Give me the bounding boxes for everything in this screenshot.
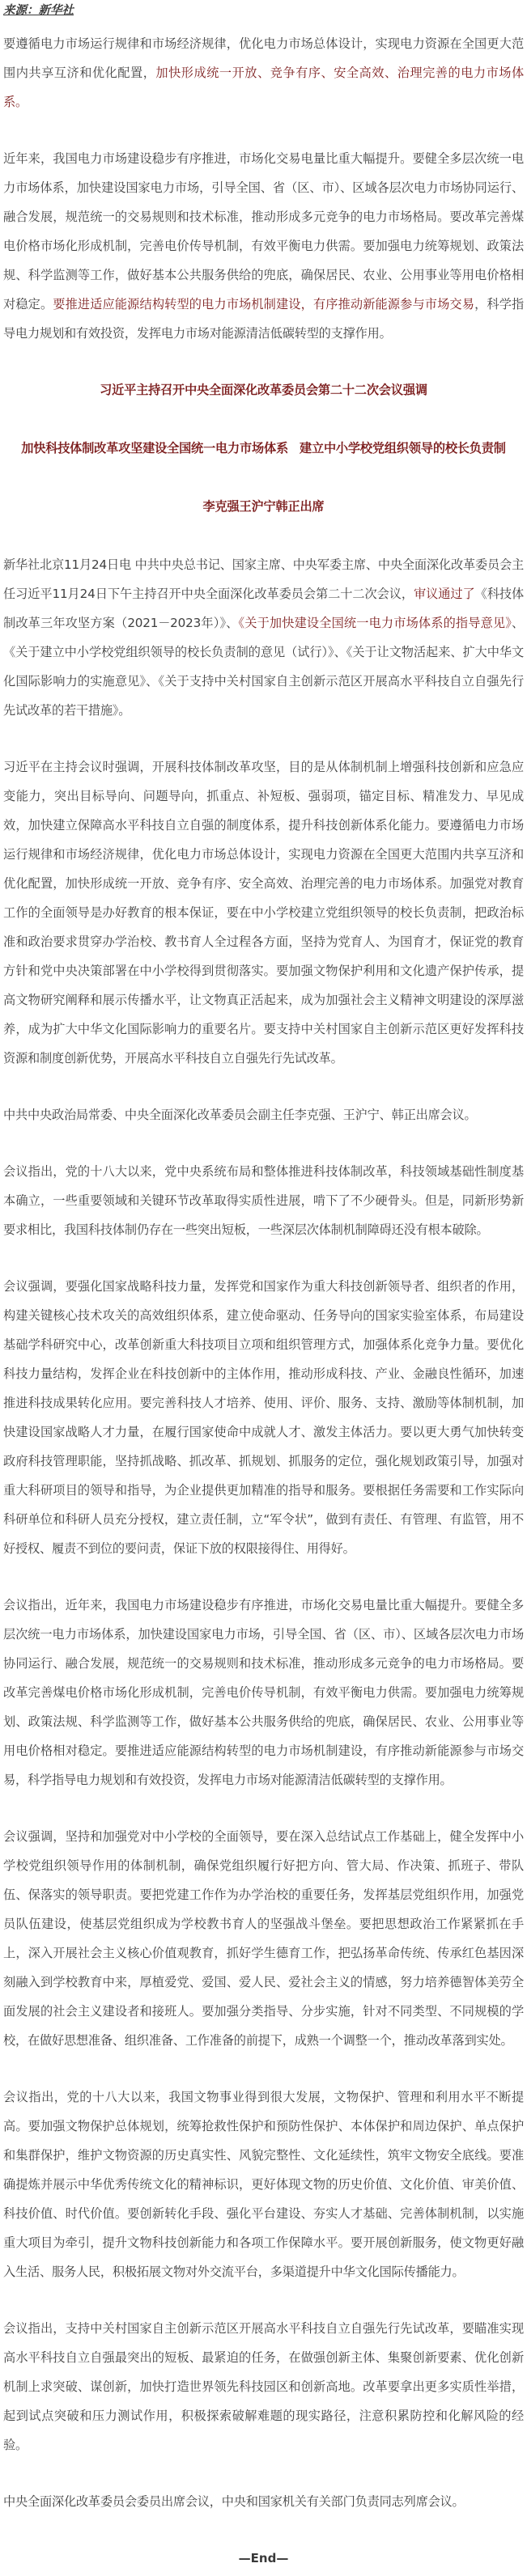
intro-paragraph: 要遵循电力市场运行规律和市场经济规律，优化电力市场总体设计，实现电力资源在全国更… (3, 29, 524, 117)
body-paragraph: 新华社北京11月24日电 中共中央总书记、国家主席、中央军委主席、中央全面深化改… (3, 550, 524, 725)
body-section: 新华社北京11月24日电 中共中央总书记、国家主席、中央军委主席、中央全面深化改… (3, 550, 524, 2516)
paragraph-text: 会议强调，坚持和加强党对中小学校的全面领导，要在深入总结试点工作基础上，健全发挥… (3, 1829, 524, 2048)
paragraph-text: 中共中央政治局常委、中央全面深化改革委员会副主任李克强、王沪宁、韩正出席会议。 (3, 1108, 477, 1122)
paragraph-text: 会议指出，党的十八大以来，党中央系统布局和整体推进科技体制改革，科技领域基础性制… (3, 1164, 524, 1237)
paragraph-text: 会议指出，近年来，我国电力市场建设稳步有序推进，市场化交易电量比重大幅提升。要健… (3, 1598, 524, 1787)
article: 来源：新华社 要遵循电力市场运行规律和市场经济规律，优化电力市场总体设计，实现电… (0, 0, 527, 2576)
intro-paragraph: 近年来，我国电力市场建设稳步有序推进，市场化交易电量比重大幅提升。要健全多层次统… (3, 144, 524, 348)
paragraph-text: 会议指出，支持中关村国家自主创新示范区开展高水平科技自立自强先行先试改革，要瞄准… (3, 2321, 524, 2452)
body-paragraph: 会议指出，党的十八大以来，我国文物事业得到很大发展，文物保护、管理和利用水平不断… (3, 2082, 524, 2286)
end-mark: —End— (3, 2544, 524, 2576)
body-paragraph: 会议强调，要强化国家战略科技力量，发挥党和国家作为重大科技创新领导者、组织者的作… (3, 1272, 524, 1563)
intro-section: 要遵循电力市场运行规律和市场经济规律，优化电力市场总体设计，实现电力资源在全国更… (3, 29, 524, 348)
body-paragraph: 会议强调，坚持和加强党对中小学校的全面领导，要在深入总结试点工作基础上，健全发挥… (3, 1822, 524, 2055)
body-paragraph: 会议指出，近年来，我国电力市场建设稳步有序推进，市场化交易电量比重大幅提升。要健… (3, 1591, 524, 1794)
headline-sub-right: 建立中小学校党组织领导的校长负责制 (300, 441, 506, 455)
body-paragraph: 中共中央政治局常委、中央全面深化改革委员会副主任李克强、王沪宁、韩正出席会议。 (3, 1100, 524, 1129)
paragraph-text: 近年来，我国电力市场建设稳步有序推进，市场化交易电量比重大幅提升。要健全多层次统… (3, 151, 524, 311)
paragraph-text: 会议指出，党的十八大以来，我国文物事业得到很大发展，文物保护、管理和利用水平不断… (3, 2090, 524, 2279)
body-paragraph: 会议指出，支持中关村国家自主创新示范区开展高水平科技自立自强先行先试改革，要瞄准… (3, 2314, 524, 2459)
source-label: 来源：新华社 (3, 0, 524, 29)
headline-attendees: 李克强王沪宁韩正出席 (3, 492, 524, 521)
highlighted-text: 要推进适应能源结构转型的电力市场机制建设，有序推动新能源参与市场交易 (53, 297, 474, 311)
headline-sub-left: 加快科技体制改革攻坚建设全国统一电力市场体系 (21, 441, 288, 455)
body-paragraph: 会议指出，党的十八大以来，党中央系统布局和整体推进科技体制改革，科技领域基础性制… (3, 1157, 524, 1244)
paragraph-text: 会议强调，要强化国家战略科技力量，发挥党和国家作为重大科技创新领导者、组织者的作… (3, 1279, 524, 1556)
paragraph-text: 中央全面深化改革委员会委员出席会议，中央和国家机关有关部门负责同志列席会议。 (3, 2494, 465, 2509)
body-paragraph: 习近平在主持会议时强调，开展科技体制改革攻坚，目的是从体制机制上增强科技创新和应… (3, 752, 524, 1073)
headline-sub: 加快科技体制改革攻坚建设全国统一电力市场体系建立中小学校党组织领导的校长负责制 (3, 434, 524, 463)
paragraph-text: 习近平在主持会议时强调，开展科技体制改革攻坚，目的是从体制机制上增强科技创新和应… (3, 760, 524, 1066)
highlighted-text: 《关于加快建设全国统一电力市场体系的指导意见》 (239, 616, 512, 630)
paragraph-text: 、《关于建立中小学校党组织领导的校长负责制的意见（试行）》、《关于让文物活起来、… (3, 616, 524, 718)
highlighted-text: 审议通过了 (414, 587, 475, 601)
headline-main: 习近平主持召开中央全面深化改革委员会第二十二次会议强调 (3, 375, 524, 405)
body-paragraph: 中央全面深化改革委员会委员出席会议，中央和国家机关有关部门负责同志列席会议。 (3, 2487, 524, 2516)
